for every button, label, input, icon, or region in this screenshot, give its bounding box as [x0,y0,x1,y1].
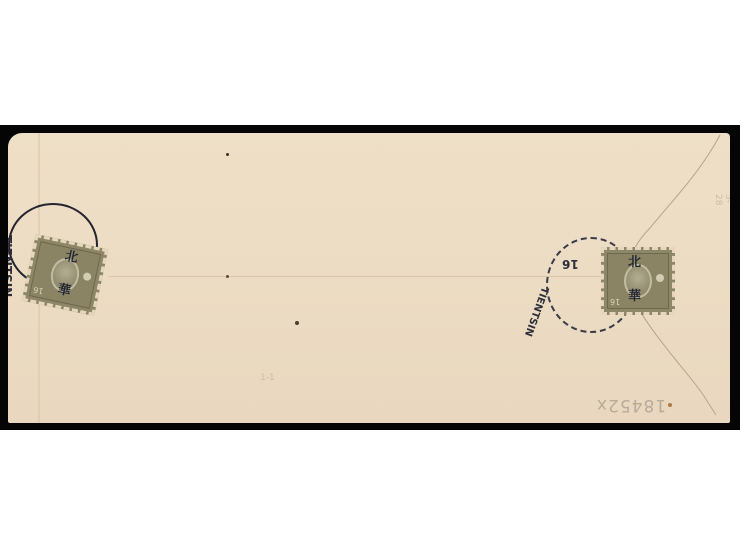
pencil-note-middle: 1-1 [260,373,275,383]
ink-dot [295,321,299,325]
stamp-right-design: 北 華 16 [607,253,669,309]
sun-emblem-icon [656,274,664,282]
foxing-spot [668,403,672,407]
stamp-right: 北 華 16 [601,247,675,315]
overprint-char: 華 [628,290,641,303]
stamp-value: 16 [32,285,44,296]
overprint-char: 北 [64,250,79,265]
postmark-right-text: TIENTSIN [522,285,550,337]
stamp-left-design: 北 華 16 [29,241,101,309]
postmark-left-text: TIENTSIN [8,235,14,297]
stamp-left: 北 華 16 [22,234,109,316]
pencil-inventory-number: 18452x [596,395,666,415]
ink-dot [226,275,229,278]
envelope-back: TIENTSIN 北 華 16 16 TIENTSIN 北 華 16 18452… [8,133,730,423]
postmark-right-date: 16 [562,257,579,271]
overprint-char: 華 [57,283,72,298]
ink-dot [226,153,229,156]
sun-emblem-icon [82,272,91,281]
overprint-char: 北 [628,256,641,269]
pencil-note-edge: 5-28 [713,194,730,208]
stamp-value: 16 [610,297,620,306]
